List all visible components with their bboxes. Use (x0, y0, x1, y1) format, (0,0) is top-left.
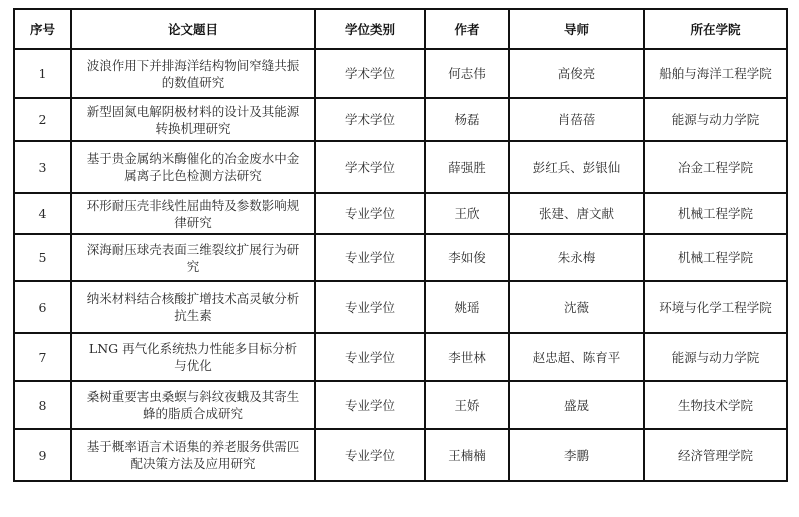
degree-type: 学术学位 (315, 141, 425, 193)
thesis-title: 纳米材料结合核酸扩增技术高灵敏分析抗生素 (71, 281, 315, 333)
degree-type: 专业学位 (315, 381, 425, 429)
table-row: 8桑树重要害虫桑螟与斜纹夜蛾及其寄生蜂的脂质合成研究专业学位王娇盛晟生物技术学院 (14, 381, 787, 429)
thesis-title: 深海耐压球壳表面三维裂纹扩展行为研究 (71, 234, 315, 281)
row-number: 7 (14, 333, 71, 381)
college-name: 机械工程学院 (644, 193, 787, 234)
advisor-name: 高俊亮 (509, 49, 644, 98)
thesis-title: 波浪作用下并排海洋结构物间窄缝共振的数值研究 (71, 49, 315, 98)
advisor-name: 李鹏 (509, 429, 644, 481)
row-number: 2 (14, 98, 71, 141)
college-name: 能源与动力学院 (644, 98, 787, 141)
author-name: 王楠楠 (425, 429, 509, 481)
author-name: 李世林 (425, 333, 509, 381)
row-number: 5 (14, 234, 71, 281)
degree-type: 专业学位 (315, 281, 425, 333)
author-name: 王欣 (425, 193, 509, 234)
degree-type: 专业学位 (315, 333, 425, 381)
advisor-name: 张建、唐文献 (509, 193, 644, 234)
thesis-title: LNG 再气化系统热力性能多目标分析与优化 (71, 333, 315, 381)
thesis-table: 序号 论文题目 学位类别 作者 导师 所在学院 1波浪作用下并排海洋结构物间窄缝… (13, 8, 788, 482)
table-row: 7LNG 再气化系统热力性能多目标分析与优化专业学位李世林赵忠超、陈育平能源与动… (14, 333, 787, 381)
advisor-name: 沈薇 (509, 281, 644, 333)
college-name: 环境与化学工程学院 (644, 281, 787, 333)
header-degree: 学位类别 (315, 9, 425, 49)
table-row: 5深海耐压球壳表面三维裂纹扩展行为研究专业学位李如俊朱永梅机械工程学院 (14, 234, 787, 281)
author-name: 姚瑶 (425, 281, 509, 333)
row-number: 4 (14, 193, 71, 234)
author-name: 李如俊 (425, 234, 509, 281)
row-number: 1 (14, 49, 71, 98)
header-title: 论文题目 (71, 9, 315, 49)
degree-type: 专业学位 (315, 193, 425, 234)
author-name: 薛强胜 (425, 141, 509, 193)
header-row: 序号 论文题目 学位类别 作者 导师 所在学院 (14, 9, 787, 49)
degree-type: 学术学位 (315, 98, 425, 141)
advisor-name: 肖蓓蓓 (509, 98, 644, 141)
row-number: 3 (14, 141, 71, 193)
table-row: 2新型固氮电解阴极材料的设计及其能源转换机理研究学术学位杨磊肖蓓蓓能源与动力学院 (14, 98, 787, 141)
college-name: 机械工程学院 (644, 234, 787, 281)
author-name: 王娇 (425, 381, 509, 429)
degree-type: 专业学位 (315, 429, 425, 481)
college-name: 能源与动力学院 (644, 333, 787, 381)
degree-type: 专业学位 (315, 234, 425, 281)
thesis-title: 桑树重要害虫桑螟与斜纹夜蛾及其寄生蜂的脂质合成研究 (71, 381, 315, 429)
advisor-name: 赵忠超、陈育平 (509, 333, 644, 381)
degree-type: 学术学位 (315, 49, 425, 98)
thesis-title: 基于概率语言术语集的养老服务供需匹配决策方法及应用研究 (71, 429, 315, 481)
table-body: 1波浪作用下并排海洋结构物间窄缝共振的数值研究学术学位何志伟高俊亮船舶与海洋工程… (14, 49, 787, 481)
college-name: 生物技术学院 (644, 381, 787, 429)
row-number: 6 (14, 281, 71, 333)
advisor-name: 彭红兵、彭银仙 (509, 141, 644, 193)
author-name: 杨磊 (425, 98, 509, 141)
table-row: 4环形耐压壳非线性屈曲特及参数影响规律研究专业学位王欣张建、唐文献机械工程学院 (14, 193, 787, 234)
college-name: 冶金工程学院 (644, 141, 787, 193)
table-row: 3基于贵金属纳米酶催化的冶金废水中金属离子比色检测方法研究学术学位薛强胜彭红兵、… (14, 141, 787, 193)
table-row: 6纳米材料结合核酸扩增技术高灵敏分析抗生素专业学位姚瑶沈薇环境与化学工程学院 (14, 281, 787, 333)
thesis-title: 基于贵金属纳米酶催化的冶金废水中金属离子比色检测方法研究 (71, 141, 315, 193)
header-no: 序号 (14, 9, 71, 49)
row-number: 9 (14, 429, 71, 481)
header-author: 作者 (425, 9, 509, 49)
row-number: 8 (14, 381, 71, 429)
table-row: 1波浪作用下并排海洋结构物间窄缝共振的数值研究学术学位何志伟高俊亮船舶与海洋工程… (14, 49, 787, 98)
advisor-name: 朱永梅 (509, 234, 644, 281)
thesis-title: 环形耐压壳非线性屈曲特及参数影响规律研究 (71, 193, 315, 234)
thesis-title: 新型固氮电解阴极材料的设计及其能源转换机理研究 (71, 98, 315, 141)
college-name: 经济管理学院 (644, 429, 787, 481)
college-name: 船舶与海洋工程学院 (644, 49, 787, 98)
header-advisor: 导师 (509, 9, 644, 49)
table-row: 9基于概率语言术语集的养老服务供需匹配决策方法及应用研究专业学位王楠楠李鹏经济管… (14, 429, 787, 481)
advisor-name: 盛晟 (509, 381, 644, 429)
header-college: 所在学院 (644, 9, 787, 49)
author-name: 何志伟 (425, 49, 509, 98)
